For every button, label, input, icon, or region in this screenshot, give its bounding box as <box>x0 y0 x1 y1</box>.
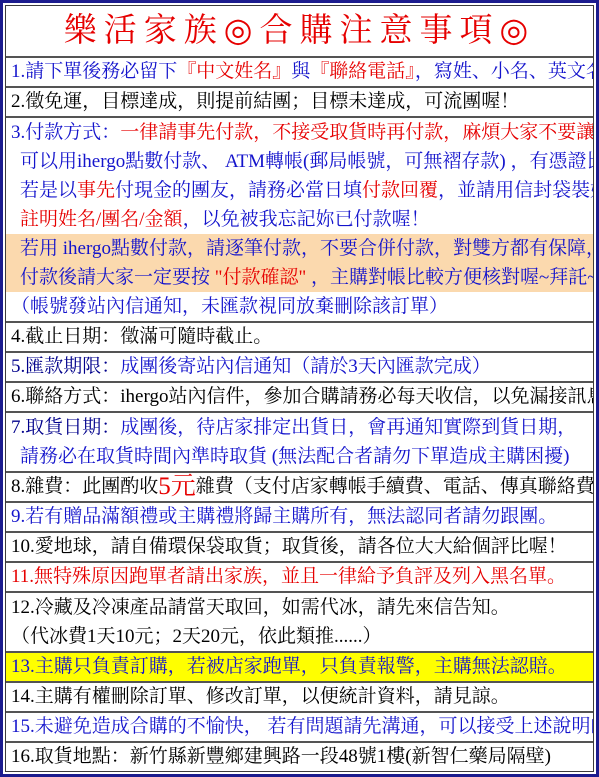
text-segment: 事先 <box>77 180 115 201</box>
text-segment: 註明姓名/團名/金額 <box>20 209 183 230</box>
rule-line: 付款後請大家一定要按 "付款確認" ，主購對帳比較方便核對喔~拜託~拜託~ <box>6 263 593 292</box>
page-title: 樂活家族◎合購注意事項◎ <box>6 6 593 56</box>
rule-row-6: 6.聯絡方式：ihergo站內信件，參加合購請務必每天收信，以免漏接訊息。 <box>6 381 593 411</box>
rule-line: 若用 ihergo點數付款，請逐筆付款，不要合併付款，對雙方都有保障， <box>6 234 593 263</box>
rule-line: 10.愛地球，請自備環保袋取貨；取貨後，請各位大大給個評比喔！ <box>6 533 593 561</box>
text-segment: 付款後請大家一定要按 <box>20 267 215 288</box>
rule-row-1: 1.請下單後務必留下『中文姓名』與『聯絡電話』，寫姓、小名、英文名，主購有權刪單… <box>6 56 593 86</box>
rule-line: 12.冷藏及冷凍產品請當天取回，如需代冰，請先來信告知。 <box>6 593 593 622</box>
text-segment: 請務必在取貨時間內準時取貨 (無法配合者請勿下單造成主購困擾) <box>20 446 569 467</box>
rule-line: 7.取貨日期：成團後，待店家排定出貨日，會再通知實際到貨日期， <box>6 413 593 442</box>
notice-outer-border: 樂活家族◎合購注意事項◎ 1.請下單後務必留下『中文姓名』與『聯絡電話』，寫姓、… <box>0 0 599 777</box>
group-buy-notice-table: 樂活家族◎合購注意事項◎ 1.請下單後務必留下『中文姓名』與『聯絡電話』，寫姓、… <box>5 5 594 772</box>
rule-row-15: 15.未避免造成合購的不愉快， 若有問題請先溝通，可以接受上述說明的人再跟團喔！ <box>6 711 593 741</box>
text-segment: 12.冷藏及冷凍產品請當天取回，如需代冰，請先來信告知。 <box>11 597 510 618</box>
text-segment: 一律請事先付款，不接受取貨時再付款，麻煩大家不要讓主購先代墊貨款， <box>120 122 593 143</box>
rule-line: 5.匯款期限：成團後寄站內信通知（請於3天內匯款完成） <box>6 353 593 381</box>
rule-line: 9.若有贈品滿額禮或主購禮將歸主購所有，無法認同者請勿跟團。 <box>6 503 593 531</box>
rule-line: 2.徵免運，目標達成，則提前結團；目標未達成，可流團喔！ <box>6 88 593 116</box>
rule-line: 11.無特殊原因跑單者請出家族，並且一律給予負評及列入黑名單。 <box>6 563 593 591</box>
rule-row-4: 4.截止日期：徵滿可隨時截止。 <box>6 321 593 351</box>
text-segment: 11.無特殊原因跑單者請出家族，並且一律給予負評及列入黑名單。 <box>11 566 566 587</box>
rule-line: 6.聯絡方式：ihergo站內信件，參加合購請務必每天收信，以免漏接訊息。 <box>6 383 593 411</box>
rule-line: 8.雜費：此團酌收5元雜費（支付店家轉帳手續費、電話、傳真聯絡費、列印） <box>6 473 593 501</box>
text-segment: 13.主購只負責訂購，若被店家跑單，只負責報警，主購無法認賠。 <box>11 656 567 677</box>
text-segment: 與 <box>291 61 310 82</box>
text-segment: 1.請下單後務必留下 <box>11 61 177 82</box>
text-segment: 2.徵免運，目標達成，則提前結團；目標未達成，可流團喔！ <box>11 91 519 112</box>
rule-row-11: 11.無特殊原因跑單者請出家族，並且一律給予負評及列入黑名單。 <box>6 561 593 591</box>
rule-line: 可以用ihergo點數付款、 ATM轉帳(郵局帳號，可無褶存款) ，有憑證比較有… <box>6 147 593 176</box>
text-segment: 3.付款方式： <box>11 122 120 143</box>
text-segment: 『中文姓名』 <box>177 61 291 82</box>
rule-line: 14.主購有權刪除訂單、修改訂單，以便統計資料，請見諒。 <box>6 683 593 711</box>
text-segment: 4.截止日期：徵滿可隨時截止。 <box>11 326 272 347</box>
text-segment: ，以免被我忘記妳已付款喔！ <box>183 209 430 230</box>
rule-row-5: 5.匯款期限：成團後寄站內信通知（請於3天內匯款完成） <box>6 351 593 381</box>
rule-row-16: 16.取貨地點：新竹縣新豐鄉建興路一段48號1樓(新智仁藥局隔壁) <box>6 741 593 771</box>
rule-row-7: 7.取貨日期：成團後，待店家排定出貨日，會再通知實際到貨日期，請務必在取貨時間內… <box>6 411 593 471</box>
rule-line: 3.付款方式：一律請事先付款，不接受取貨時再付款，麻煩大家不要讓主購先代墊貨款， <box>6 118 593 147</box>
rule-line: 15.未避免造成合購的不愉快， 若有問題請先溝通，可以接受上述說明的人再跟團喔！ <box>6 713 593 741</box>
text-segment: ，寫姓、小名、英文名，主購有權刪單。 <box>415 61 593 82</box>
text-segment: 雜費（支付店家轉帳手續費、電話、傳真聯絡費、列印） <box>196 476 593 497</box>
text-segment: 15.未避免造成合購的不愉快， 若有問題請先溝通，可以接受上述說明的人再跟團喔！ <box>11 716 593 737</box>
text-segment: 若是以 <box>20 180 77 201</box>
text-segment: ，並請用信封袋裝好， <box>438 180 593 201</box>
text-segment: 14.主購有權刪除訂單、修改訂單，以便統計資料，請見諒。 <box>11 686 510 707</box>
text-segment: 若用 ihergo點數付款，請逐筆付款，不要合併付款，對雙方都有保障， <box>20 238 593 259</box>
text-segment: 付款回覆 <box>362 180 438 201</box>
text-segment: 5.匯款期限： <box>11 356 120 377</box>
text-segment: 可以用ihergo點數付款、 ATM轉帳(郵局帳號，可無褶存款) ，有憑證比較有… <box>20 151 593 172</box>
rule-line: 1.請下單後務必留下『中文姓名』與『聯絡電話』，寫姓、小名、英文名，主購有權刪單… <box>6 58 593 86</box>
text-segment: 10.愛地球，請自備環保袋取貨；取貨後，請各位大大給個評比喔！ <box>11 536 567 557</box>
rule-row-10: 10.愛地球，請自備環保袋取貨；取貨後，請各位大大給個評比喔！ <box>6 531 593 561</box>
text-segment: （帳號發站內信通知，未匯款視同放棄刪除該訂單） <box>11 296 448 317</box>
rule-row-8: 8.雜費：此團酌收5元雜費（支付店家轉帳手續費、電話、傳真聯絡費、列印） <box>6 471 593 501</box>
text-segment: 5元 <box>158 473 196 500</box>
rule-line: 請務必在取貨時間內準時取貨 (無法配合者請勿下單造成主購困擾) <box>6 442 593 471</box>
rule-row-14: 14.主購有權刪除訂單、修改訂單，以便統計資料，請見諒。 <box>6 681 593 711</box>
rule-line: 若是以事先付現金的團友，請務必當日填付款回覆，並請用信封袋裝好， <box>6 176 593 205</box>
rule-line: （帳號發站內信通知，未匯款視同放棄刪除該訂單） <box>6 292 593 321</box>
rule-row-12: 12.冷藏及冷凍產品請當天取回，如需代冰，請先來信告知。（代冰費1天10元；2天… <box>6 591 593 651</box>
text-segment: 成團後，待店家排定出貨日，會再通知實際到貨日期， <box>120 417 576 438</box>
rules-body: 1.請下單後務必留下『中文姓名』與『聯絡電話』，寫姓、小名、英文名，主購有權刪單… <box>6 56 593 771</box>
rule-row-3: 3.付款方式：一律請事先付款，不接受取貨時再付款，麻煩大家不要讓主購先代墊貨款，… <box>6 116 593 321</box>
text-segment: （代冰費1天10元；2天20元，依此類推......） <box>11 626 382 647</box>
text-segment: 9.若有贈品滿額禮或主購禮將歸主購所有，無法認同者請勿跟團。 <box>11 506 557 527</box>
text-segment: 8.雜費：此團酌收 <box>11 476 158 497</box>
rule-row-9: 9.若有贈品滿額禮或主購禮將歸主購所有，無法認同者請勿跟團。 <box>6 501 593 531</box>
text-segment: "付款確認" <box>215 267 307 288</box>
rule-line: （代冰費1天10元；2天20元，依此類推......） <box>6 622 593 651</box>
text-segment: 『聯絡電話』 <box>310 61 415 82</box>
text-segment: 付現金的團友，請務必當日填 <box>115 180 362 201</box>
rule-line: 13.主購只負責訂購，若被店家跑單，只負責報警，主購無法認賠。 <box>6 653 593 681</box>
rule-line: 註明姓名/團名/金額，以免被我忘記妳已付款喔！ <box>6 205 593 234</box>
rule-row-2: 2.徵免運，目標達成，則提前結團；目標未達成，可流團喔！ <box>6 86 593 116</box>
text-segment: 成團後寄站內信通知（請於3天內匯款完成） <box>120 356 491 377</box>
rule-row-13: 13.主購只負責訂購，若被店家跑單，只負責報警，主購無法認賠。 <box>6 651 593 681</box>
text-segment: 7.取貨日期： <box>11 417 120 438</box>
text-segment: 16.取貨地點：新竹縣新豐鄉建興路一段48號1樓(新智仁藥局隔壁) <box>11 746 551 767</box>
rule-line: 16.取貨地點：新竹縣新豐鄉建興路一段48號1樓(新智仁藥局隔壁) <box>6 743 593 771</box>
text-segment: 6.聯絡方式：ihergo站內信件，參加合購請務必每天收信，以免漏接訊息。 <box>11 386 593 407</box>
text-segment: ，主購對帳比較方便核對喔~拜託~拜託~ <box>306 267 593 288</box>
rule-line: 4.截止日期：徵滿可隨時截止。 <box>6 323 593 351</box>
